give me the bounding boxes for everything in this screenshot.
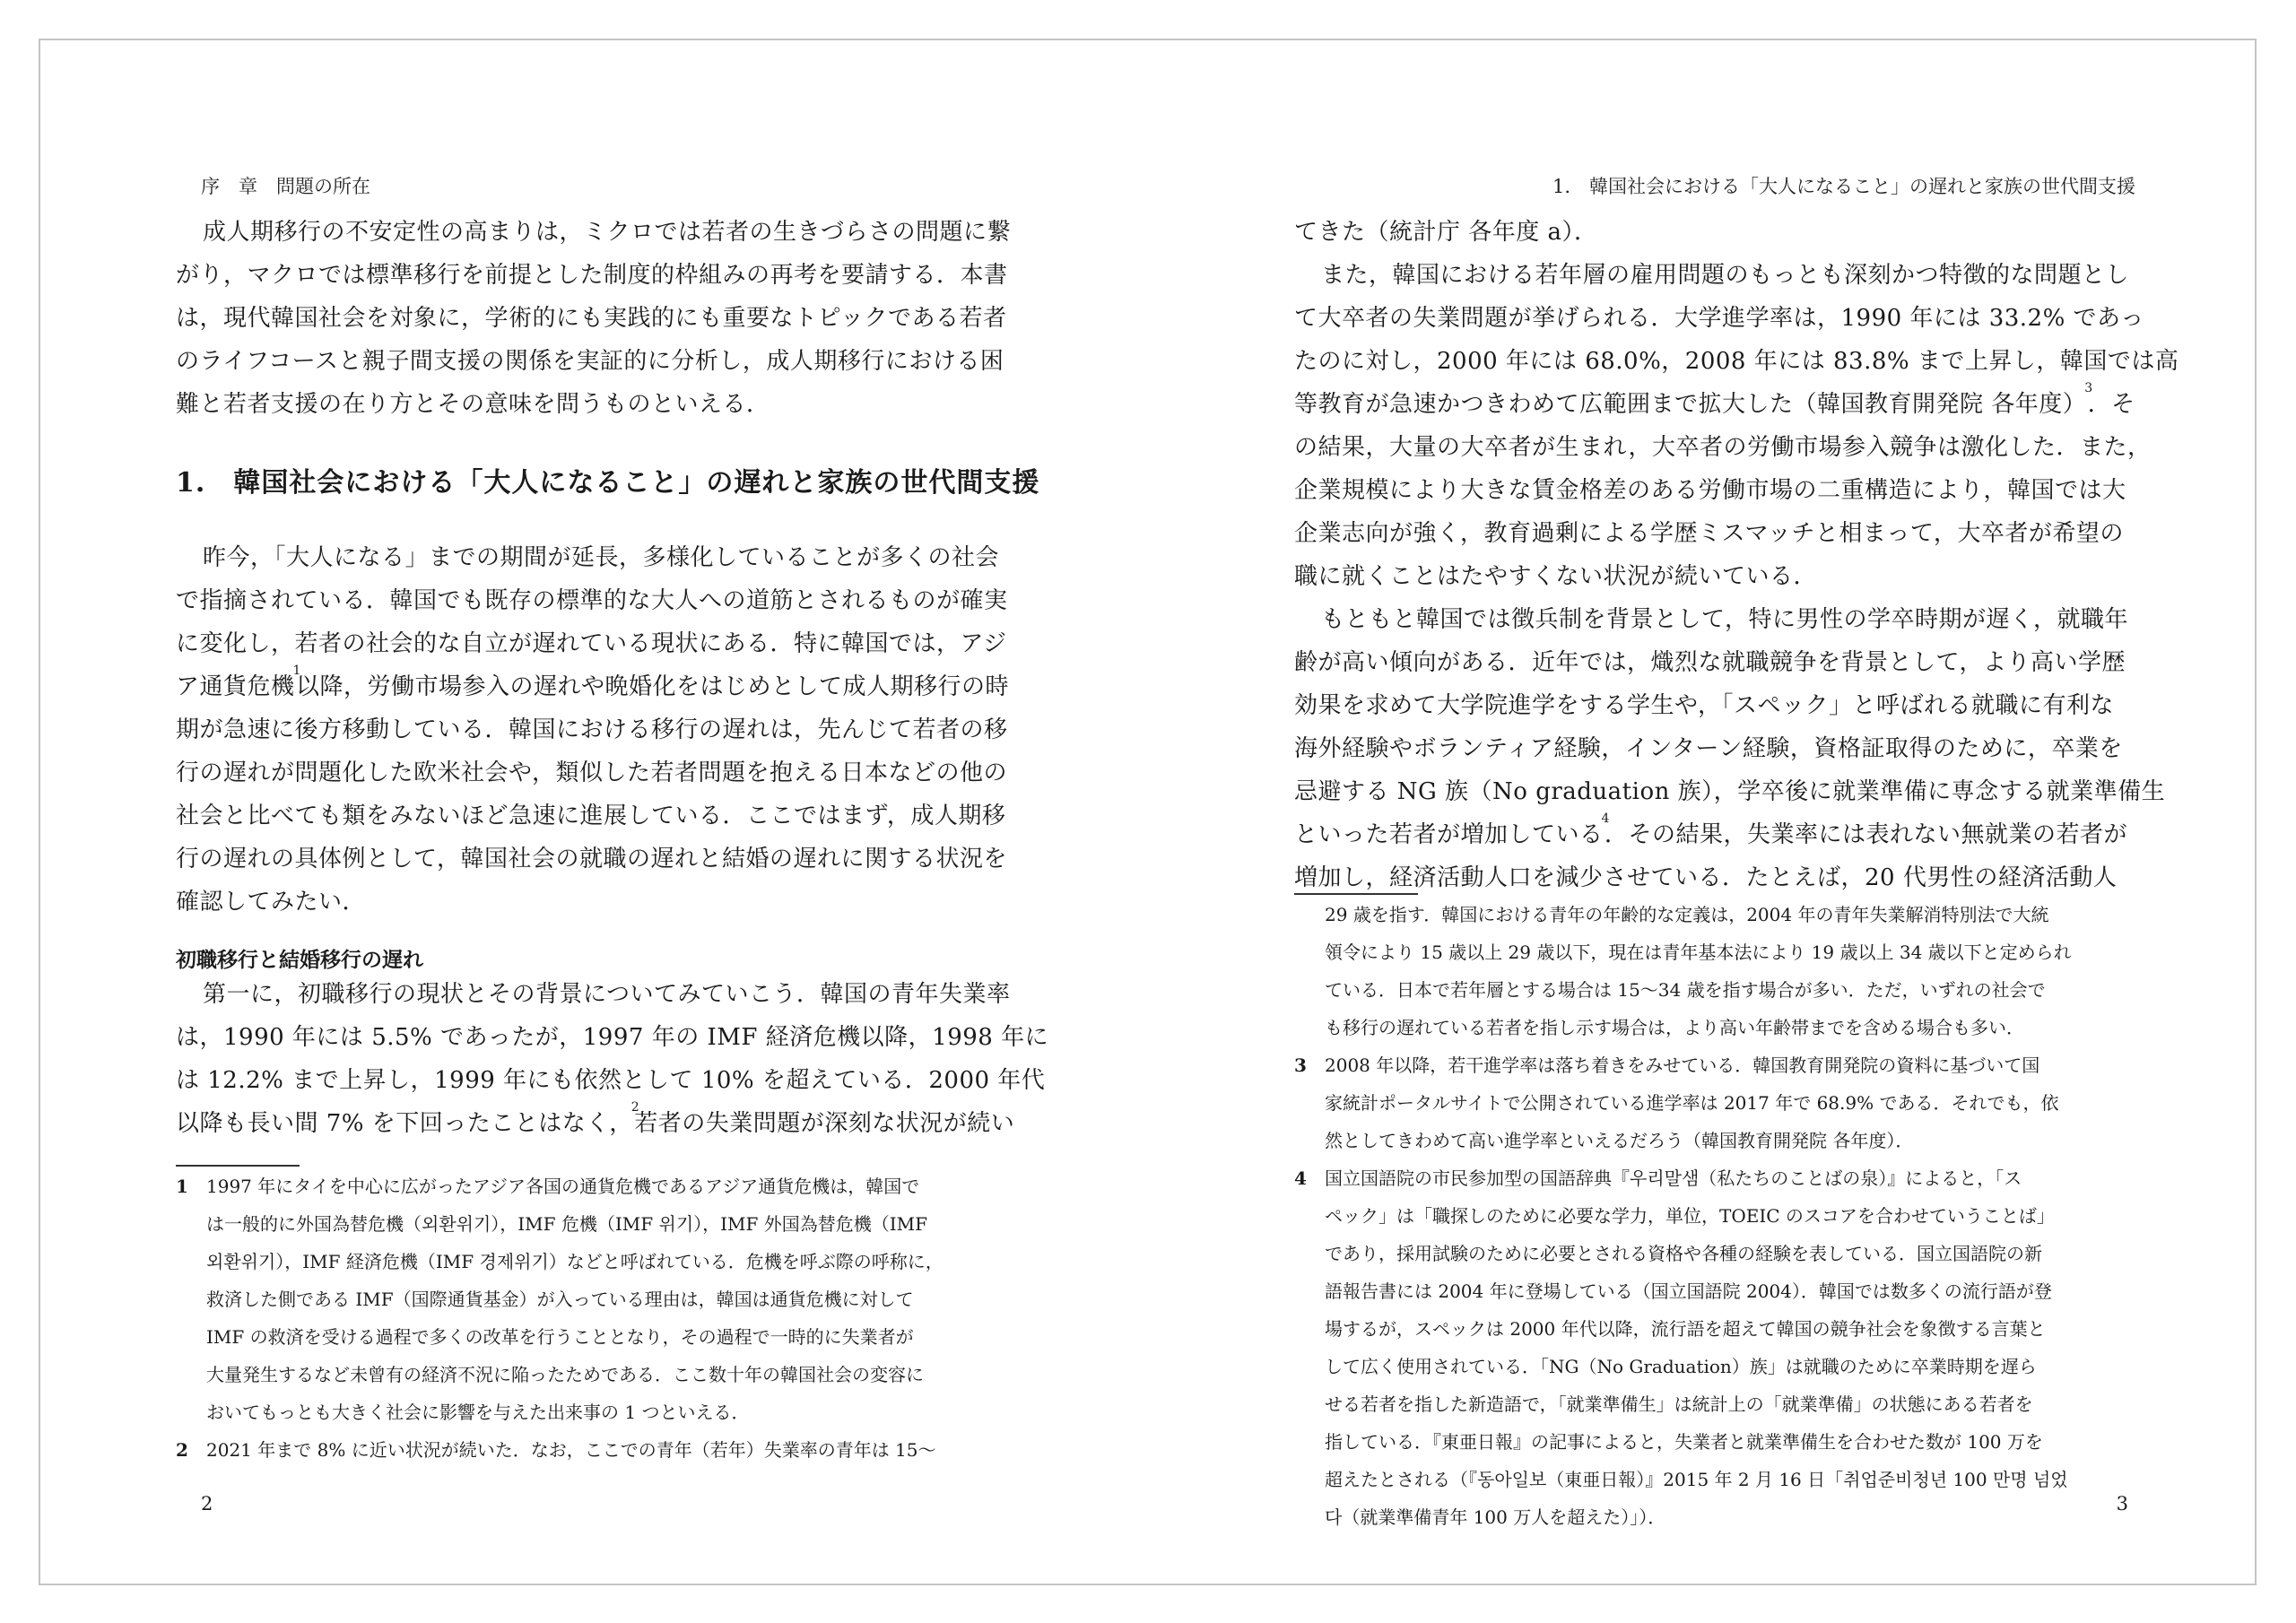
body-line: 企業規模により大きな賃金格差のある労働市場の二重構造により，韓国では大	[1294, 479, 2126, 502]
footnote-line: 然としてきわめて高い進学率といえるだろう（韓国教育開発院 各年度）．	[1294, 1132, 1913, 1150]
footnote-line: 超えたとされる（『동아일보（東亜日報）』2015 年 2 月 16 日「취업준비…	[1294, 1471, 2068, 1488]
footnote-line: 場するが，スペックは 2000 年代以降，流行語を超えて韓国の競争社会を象徴する…	[1294, 1320, 2046, 1338]
running-head-right: 1. 韓国社会における「大人になること」の遅れと家族の世代間支援	[1552, 172, 2135, 199]
footnote-line: も移行の遅れている若者を指し示す場合は，より高い年齢帯までを含める場合も多い．	[1294, 1019, 2024, 1037]
body-line: 期が急速に後方移動している．韓国における移行の遅れは，先んじて若者の移	[176, 718, 1008, 742]
footnote-number: 1	[176, 1177, 206, 1195]
footnote-line: 大量発生するなど未曾有の経済不況に陥ったためである．ここ数十年の韓国社会の変容に	[176, 1366, 924, 1384]
body-text: 等教育が急速かつきわめて広範囲まで拡大した（韓国教育開発院 各年度）	[1294, 391, 2086, 418]
body-line: 成人期移行の不安定性の高まりは，ミクロでは若者の生きづらさの問題に繋	[176, 221, 1011, 244]
footnote-line: であり，採用試験のために必要とされる資格や各種の経験を表している．国立国語院の新	[1294, 1245, 2042, 1263]
footnote-2-continuation: 29 歳を指す．韓国における青年の年齢的な定義は，2004 年の青年失業解消特別…	[1294, 906, 2048, 924]
body-line: のライフコースと親子間支援の関係を実証的に分析し，成人期移行における困	[176, 350, 1004, 373]
footnote-line: 家統計ポータルサイトで公開されている進学率は 2017 年で 68.9% である…	[1294, 1094, 2058, 1112]
footnote-line: 救済した側である IMF（国際通貨基金）が入っている理由は，韓国は通貨危機に対し…	[176, 1290, 914, 1308]
footnote-line: せる若者を指した新造語で，「就業準備生」は統計上の「就業準備」の状態にある若者を	[1294, 1395, 2033, 1413]
footnote-line: IMF の救済を受ける過程で多くの改革を行うこととなり，その過程で一時的に失業者…	[176, 1328, 914, 1346]
body-line: 企業志向が強く，教育過剰による学歴ミスマッチと相まって，大卒者が希望の	[1294, 522, 2124, 545]
body-line: 齢が高い傾向がある．近年では，熾烈な就職競争を背景として，より高い学歴	[1294, 651, 2126, 674]
footnote-line: ている．日本で若年層とする場合は 15〜34 歳を指す場合が多い．ただ，いずれの…	[1294, 981, 2046, 999]
footnote-rule	[176, 1165, 300, 1167]
body-line: 忌避する NG 族（No graduation 族），学卒後に就業準備に専念する…	[1294, 780, 2165, 803]
footnote-line: ペック」は「職探しのために必要な学力，単位，TOEIC のスコアを合わせていうこ…	[1294, 1207, 2055, 1225]
footnote-4: 4国立国語院の市民参加型の国語辞典『우리말샘（私たちのことばの泉）』によると，「…	[1294, 1169, 2022, 1187]
body-line: 第一に，初職移行の現状とその背景についてみていこう．韓国の青年失業率	[176, 983, 1010, 1006]
footnote-number: 4	[1294, 1169, 1325, 1187]
subsection-heading: 初職移行と結婚移行の遅れ	[176, 943, 423, 973]
footnote-text: 2008 年以降，若干進学率は落ち着きをみせている．韓国教育開発院の資料に基づい…	[1325, 1055, 2039, 1076]
footnote-ref-3[interactable]: 3	[2084, 381, 2092, 395]
footnote-number: 3	[1294, 1056, 1325, 1074]
footnote-number: 2	[176, 1441, 206, 1459]
footnote-line: おいてもっとも大きく社会に影響を与えた出来事の 1 つといえる．	[176, 1403, 749, 1421]
body-line: 行の遅れの具体例として，韓国社会の就職の遅れと結婚の遅れに関する状況を	[176, 847, 1007, 871]
body-text: ．そ	[2088, 391, 2135, 418]
body-line: がり，マクロでは標準移行を前提とした制度的枠組みの再考を要請する．本書	[176, 264, 1008, 287]
body-line: 難と若者支援の在り方とその意味を問うものといえる．	[176, 393, 770, 416]
body-line: 増加し，経済活動人口を減少させている．たとえば，20 代男性の経済活動人	[1294, 866, 2117, 890]
footnote-3: 32008 年以降，若干進学率は落ち着きをみせている．韓国教育開発院の資料に基づ…	[1294, 1056, 2039, 1074]
footnote-ref-2[interactable]: 2	[631, 1100, 639, 1115]
footnote-line: 指している．『東亜日報』の記事によると，失業者と就業準備生を合わせた数が 100…	[1294, 1433, 2043, 1451]
body-line: ア通貨危機1以降，労働市場参入の遅れや晩婚化をはじめとして成人期移行の時	[176, 675, 1009, 699]
body-line: もともと韓国では徴兵制を背景として，特に男性の学卒時期が遅く，就職年	[1294, 608, 2128, 631]
footnote-line: 다（就業準備青年 100 万人を超えた）」）．	[1294, 1508, 1665, 1526]
body-line: は 12.2% まで上昇し，1999 年にも依然として 10% を超えている．2…	[176, 1069, 1045, 1092]
footnote-ref-1[interactable]: 1	[293, 664, 301, 678]
footnote-text: 1997 年にタイを中心に広がったアジア各国の通貨危機であるアジア通貨危機は，韓…	[206, 1176, 919, 1197]
body-text: ．その結果，失業率には表れない無就業の若者が	[1605, 821, 2127, 848]
body-line: は，現代韓国社会を対象に，学術的にも実践的にも重要なトピックである若者	[176, 307, 1006, 330]
body-text: 以降，労働市場参入の遅れや晩婚化をはじめとして成人期移行の時	[296, 673, 1009, 700]
body-line: に変化し，若者の社会的な自立が遅れている現状にある．特に韓国では，アジ	[176, 632, 1006, 655]
running-head-left: 序 章 問題の所在	[201, 172, 370, 199]
footnote-line: して広く使用されている．「NG（No Graduation）族」は就職のために卒…	[1294, 1358, 2037, 1376]
footnote-2: 22021 年まで 8% に近い状況が続いた．なお，ここでの青年（若年）失業率の…	[176, 1441, 936, 1459]
body-line: て大卒者の失業問題が挙げられる．大学進学率は，1990 年には 33.2% であ…	[1294, 307, 2144, 330]
footnote-text: 国立国語院の市民参加型の国語辞典『우리말샘（私たちのことばの泉）』によると，「ス	[1325, 1167, 2022, 1189]
footnote-ref-4[interactable]: 4	[1602, 811, 1610, 826]
body-text: といった若者が増加している	[1294, 821, 1604, 848]
body-line: 以降も長い間 7% を下回ったことはなく，2若者の失業問題が深刻な状況が続い	[176, 1112, 1014, 1135]
footnote-line: 語報告書には 2004 年に登場している（国立国語院 2004）．韓国では数多く…	[1294, 1282, 2052, 1300]
body-line: は，1990 年には 5.5% であったが，1997 年の IMF 経済危機以降…	[176, 1026, 1048, 1049]
footnote-line: 외환위기），IMF 経済危機（IMF 경제위기）などと呼ばれている．危機を呼ぶ際…	[176, 1253, 944, 1271]
body-line: 効果を求めて大学院進学をする学生や，「スペック」と呼ばれる就職に有利な	[1294, 694, 2114, 717]
body-line: 行の遅れが問題化した欧米社会や，類似した若者問題を抱える日本などの他の	[176, 761, 1007, 785]
body-line: 昨今，「大人になる」までの期間が延長，多様化していることが多くの社会	[176, 546, 999, 569]
page-number-left: 2	[201, 1493, 213, 1515]
body-line: 海外経験やボランティア経験，インターン経験，資格証取得のために，卒業を	[1294, 737, 2123, 760]
footnote-text: 2021 年まで 8% に近い状況が続いた．なお，ここでの青年（若年）失業率の青…	[206, 1439, 936, 1461]
body-line: の結果，大量の大卒者が生まれ，大卒者の労働市場参入競争は激化した．また，	[1294, 436, 2152, 459]
page-number-right: 3	[2117, 1493, 2128, 1515]
footnote-line: 領令により 15 歳以上 29 歳以下，現在は青年基本法により 19 歳以上 3…	[1294, 943, 2072, 961]
footnote-1: 11997 年にタイを中心に広がったアジア各国の通貨危機であるアジア通貨危機は，…	[176, 1177, 919, 1195]
body-line: で指摘されている．韓国でも既存の標準的な大人への道筋とされるものが確実	[176, 589, 1008, 612]
body-line: 社会と比べても類をみないほど急速に進展している．ここではまず，成人期移	[176, 804, 1005, 828]
body-text: 以降も長い間 7% を下回ったことはなく，	[176, 1110, 633, 1137]
body-line: 等教育が急速かつきわめて広範囲まで拡大した（韓国教育開発院 各年度）3．そ	[1294, 393, 2135, 416]
body-text: 若者の失業問題が深刻な状況が続い	[634, 1110, 1014, 1137]
body-line: てきた（統計庁 各年度 a）．	[1294, 221, 1598, 244]
footnote-rule	[1294, 893, 1418, 895]
body-line: 職に就くことはたやすくない状況が続いている．	[1294, 565, 1817, 588]
body-text: ア通貨危機	[176, 673, 295, 700]
body-line: また，韓国における若年層の雇用問題のもっとも深刻かつ特徴的な問題とし	[1294, 264, 2129, 287]
section-heading: 1. 韓国社会における「大人になること」の遅れと家族の世代間支援	[176, 460, 1039, 499]
body-line: たのに対し，2000 年には 68.0%，2008 年には 83.8% まで上昇…	[1294, 350, 2179, 373]
body-line: 確認してみたい．	[176, 890, 366, 914]
footnote-line: は一般的に外国為替危機（외환위기），IMF 危機（IMF 위기），IMF 外国為…	[176, 1215, 927, 1233]
body-line: といった若者が増加している4．その結果，失業率には表れない無就業の若者が	[1294, 823, 2127, 846]
